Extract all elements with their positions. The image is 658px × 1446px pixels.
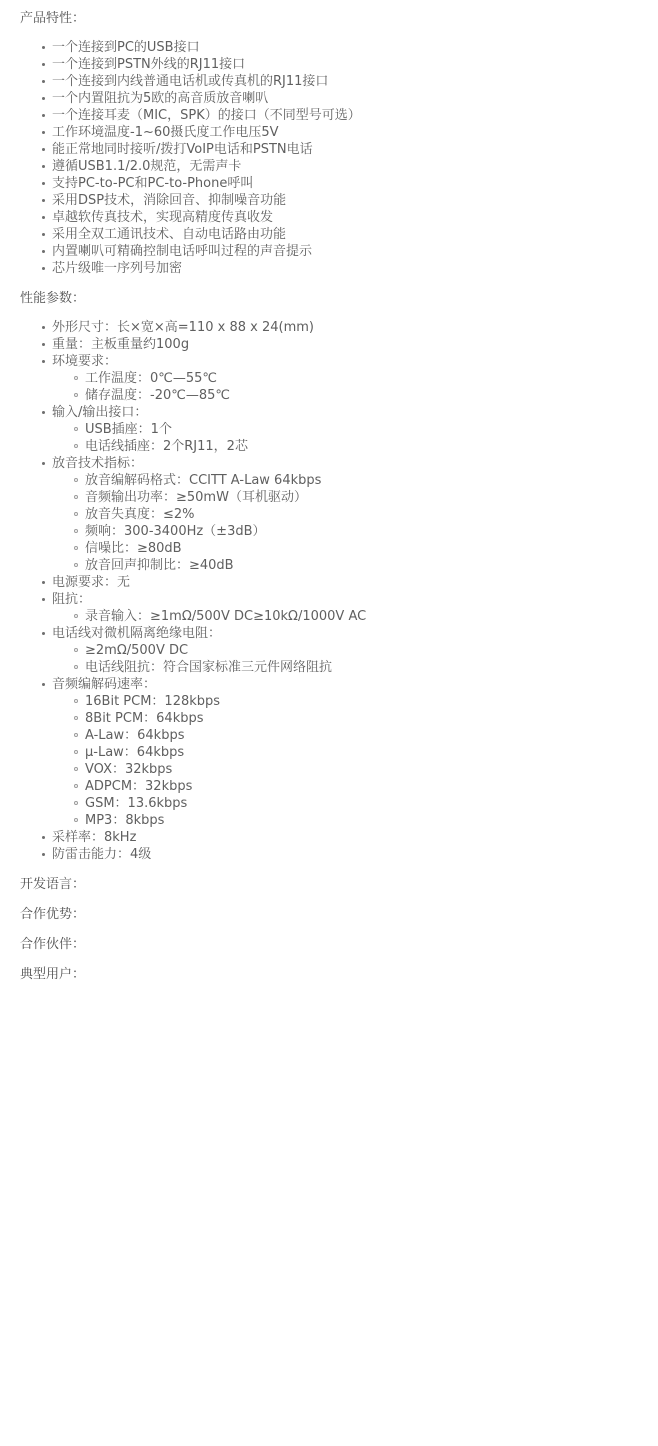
list-item: 放音回声抑制比：≥40dB — [20, 557, 646, 574]
list-item: 芯片级唯一序列号加密 — [20, 260, 646, 277]
bullet-icon — [74, 495, 78, 499]
bullet-icon — [74, 818, 78, 822]
bullet-icon — [42, 683, 45, 686]
bullet-icon — [42, 46, 45, 49]
typical-users-heading: 典型用户： — [20, 966, 646, 983]
bullet-icon — [42, 250, 45, 253]
list-item: 一个连接到PC的USB接口 — [20, 39, 646, 56]
bullet-icon — [42, 326, 45, 329]
list-item: 输入/输出接口： — [20, 404, 646, 421]
bullet-icon — [74, 801, 78, 805]
list-item-text: 电话线插座：2个RJ11，2芯 — [85, 439, 248, 454]
bullet-icon — [42, 97, 45, 100]
list-item-text: 支持PC-to-PC和PC-to-Phone呼叫 — [52, 176, 253, 191]
list-item: VOX：32kbps — [20, 761, 646, 778]
bullet-icon — [42, 462, 45, 465]
bullet-icon — [42, 267, 45, 270]
list-item-text: ADPCM：32kbps — [85, 779, 192, 794]
list-item-text: 放音失真度：≤2% — [85, 507, 195, 522]
list-item-text: 放音编解码格式：CCITT A-Law 64kbps — [85, 473, 321, 488]
bullet-icon — [42, 199, 45, 202]
list-item-text: 一个连接到PC的USB接口 — [52, 40, 200, 55]
bullet-icon — [42, 411, 45, 414]
list-item-text: 电话线阻抗：符合国家标准三元件网络阻抗 — [85, 660, 332, 675]
list-item-text: 工作环境温度-1~60摄氏度工作电压5V — [52, 125, 279, 140]
list-item: 一个连接到内线普通电话机或传真机的RJ11接口 — [20, 73, 646, 90]
list-item-text: 放音回声抑制比：≥40dB — [85, 558, 234, 573]
list-item: 录音输入：≥1mΩ/500V DC≥10kΩ/1000V AC — [20, 608, 646, 625]
list-item-text: 音频输出功率：≥50mW（耳机驱动） — [85, 490, 307, 505]
list-item-text: 16Bit PCM：128kbps — [85, 694, 220, 709]
performance-specs-list: 外形尺寸：长×宽×高=110 x 88 x 24(mm) 重量：主板重量约100… — [20, 319, 646, 863]
list-item-text: GSM：13.6kbps — [85, 796, 187, 811]
list-item: MP3：8kbps — [20, 812, 646, 829]
list-item: 电话线插座：2个RJ11，2芯 — [20, 438, 646, 455]
product-features-heading: 产品特性： — [20, 10, 646, 27]
list-item-text: 8Bit PCM：64kbps — [85, 711, 204, 726]
bullet-icon — [42, 343, 45, 346]
bullet-icon — [42, 360, 45, 363]
list-item: 采用DSP技术，消除回音、抑制噪音功能 — [20, 192, 646, 209]
bullet-icon — [74, 614, 78, 618]
coop-advantage-heading: 合作优势： — [20, 906, 646, 923]
coop-partner-heading: 合作伙伴： — [20, 936, 646, 953]
list-item-text: 输入/输出接口： — [52, 405, 147, 420]
list-item-text: 采用全双工通讯技术、自动电话路由功能 — [52, 227, 286, 242]
list-item: GSM：13.6kbps — [20, 795, 646, 812]
list-item: 放音编解码格式：CCITT A-Law 64kbps — [20, 472, 646, 489]
bullet-icon — [42, 216, 45, 219]
list-item: 重量：主板重量约100g — [20, 336, 646, 353]
list-item: 防雷击能力：4级 — [20, 846, 646, 863]
bullet-icon — [74, 716, 78, 720]
list-item: 频响：300-3400Hz（±3dB） — [20, 523, 646, 540]
bullet-icon — [74, 767, 78, 771]
list-item: 16Bit PCM：128kbps — [20, 693, 646, 710]
list-item-text: 防雷击能力：4级 — [52, 847, 151, 862]
list-item-text: 重量：主板重量约100g — [52, 337, 189, 352]
bullet-icon — [42, 80, 45, 83]
list-item-text: A-Law：64kbps — [85, 728, 185, 743]
section-coop-partner: 合作伙伴： — [20, 936, 646, 953]
bullet-icon — [74, 444, 78, 448]
bullet-icon — [74, 512, 78, 516]
bullet-icon — [42, 165, 45, 168]
list-item: 采样率：8kHz — [20, 829, 646, 846]
list-item-text: 频响：300-3400Hz（±3dB） — [85, 524, 266, 539]
list-item-text: 信噪比：≥80dB — [85, 541, 182, 556]
list-item-text: 一个连接耳麦（MIC，SPK）的接口（不同型号可选） — [52, 108, 361, 123]
list-item-text: 芯片级唯一序列号加密 — [52, 261, 182, 276]
list-item: 放音失真度：≤2% — [20, 506, 646, 523]
list-item: 信噪比：≥80dB — [20, 540, 646, 557]
list-item: 音频编解码速率： — [20, 676, 646, 693]
list-item: 阻抗： — [20, 591, 646, 608]
list-item: 8Bit PCM：64kbps — [20, 710, 646, 727]
list-item: μ-Law：64kbps — [20, 744, 646, 761]
list-item: 遵循USB1.1/2.0规范，无需声卡 — [20, 158, 646, 175]
list-item: 放音技术指标： — [20, 455, 646, 472]
list-item: 工作温度：0℃—55℃ — [20, 370, 646, 387]
list-item: 环境要求： — [20, 353, 646, 370]
list-item: 采用全双工通讯技术、自动电话路由功能 — [20, 226, 646, 243]
list-item-text: 工作温度：0℃—55℃ — [85, 371, 217, 386]
bullet-icon — [74, 784, 78, 788]
list-item: 一个内置阻抗为5欧的高音质放音喇叭 — [20, 90, 646, 107]
section-dev-language: 开发语言： — [20, 876, 646, 893]
bullet-icon — [74, 376, 78, 380]
list-item-text: 电话线对微机隔离绝缘电阻： — [52, 626, 221, 641]
list-item-text: ≥2mΩ/500V DC — [85, 643, 188, 658]
list-item: USB插座：1个 — [20, 421, 646, 438]
list-item: 卓越软传真技术，实现高精度传真收发 — [20, 209, 646, 226]
list-item: ADPCM：32kbps — [20, 778, 646, 795]
bullet-icon — [74, 529, 78, 533]
bullet-icon — [42, 853, 45, 856]
list-item: 音频输出功率：≥50mW（耳机驱动） — [20, 489, 646, 506]
list-item-text: μ-Law：64kbps — [85, 745, 184, 760]
list-item-text: 内置喇叭可精确控制电话呼叫过程的声音提示 — [52, 244, 312, 259]
list-item-text: 采样率：8kHz — [52, 830, 136, 845]
bullet-icon — [42, 598, 45, 601]
bullet-icon — [74, 665, 78, 669]
bullet-icon — [74, 427, 78, 431]
list-item-text: 一个内置阻抗为5欧的高音质放音喇叭 — [52, 91, 268, 106]
list-item: 工作环境温度-1~60摄氏度工作电压5V — [20, 124, 646, 141]
list-item: 外形尺寸：长×宽×高=110 x 88 x 24(mm) — [20, 319, 646, 336]
list-item-text: 采用DSP技术，消除回音、抑制噪音功能 — [52, 193, 286, 208]
bullet-icon — [42, 63, 45, 66]
bullet-icon — [42, 632, 45, 635]
bullet-icon — [42, 836, 45, 839]
list-item: 一个连接到PSTN外线的RJ11接口 — [20, 56, 646, 73]
dev-language-heading: 开发语言： — [20, 876, 646, 893]
bullet-icon — [74, 699, 78, 703]
section-typical-users: 典型用户： — [20, 966, 646, 983]
list-item: 电话线阻抗：符合国家标准三元件网络阻抗 — [20, 659, 646, 676]
list-item: ≥2mΩ/500V DC — [20, 642, 646, 659]
list-item-text: 卓越软传真技术，实现高精度传真收发 — [52, 210, 273, 225]
bullet-icon — [74, 733, 78, 737]
list-item: 支持PC-to-PC和PC-to-Phone呼叫 — [20, 175, 646, 192]
list-item-text: VOX：32kbps — [85, 762, 172, 777]
list-item-text: 一个连接到内线普通电话机或传真机的RJ11接口 — [52, 74, 328, 89]
bullet-icon — [74, 563, 78, 567]
list-item-text: 音频编解码速率： — [52, 677, 156, 692]
list-item: 储存温度：-20℃—85℃ — [20, 387, 646, 404]
list-item: 内置喇叭可精确控制电话呼叫过程的声音提示 — [20, 243, 646, 260]
list-item-text: 录音输入：≥1mΩ/500V DC≥10kΩ/1000V AC — [85, 609, 366, 624]
list-item: 电话线对微机隔离绝缘电阻： — [20, 625, 646, 642]
bullet-icon — [74, 546, 78, 550]
product-features-list: 一个连接到PC的USB接口 一个连接到PSTN外线的RJ11接口 一个连接到内线… — [20, 39, 646, 277]
bullet-icon — [42, 114, 45, 117]
bullet-icon — [74, 393, 78, 397]
list-item-text: 储存温度：-20℃—85℃ — [85, 388, 230, 403]
bullet-icon — [42, 131, 45, 134]
bullet-icon — [42, 233, 45, 236]
list-item: 电源要求：无 — [20, 574, 646, 591]
list-item: 能正常地同时接听/拨打VoIP电话和PSTN电话 — [20, 141, 646, 158]
list-item-text: 环境要求： — [52, 354, 117, 369]
list-item-text: MP3：8kbps — [85, 813, 164, 828]
bullet-icon — [74, 478, 78, 482]
list-item-text: 遵循USB1.1/2.0规范，无需声卡 — [52, 159, 241, 174]
bullet-icon — [42, 581, 45, 584]
performance-specs-heading: 性能参数： — [20, 290, 646, 307]
product-detail-page: 产品特性： 一个连接到PC的USB接口 一个连接到PSTN外线的RJ11接口 一… — [20, 10, 646, 983]
section-performance-specs: 性能参数： 外形尺寸：长×宽×高=110 x 88 x 24(mm) 重量：主板… — [20, 290, 646, 863]
list-item-text: 放音技术指标： — [52, 456, 143, 471]
list-item-text: 一个连接到PSTN外线的RJ11接口 — [52, 57, 245, 72]
section-product-features: 产品特性： 一个连接到PC的USB接口 一个连接到PSTN外线的RJ11接口 一… — [20, 10, 646, 277]
bullet-icon — [42, 148, 45, 151]
list-item-text: USB插座：1个 — [85, 422, 172, 437]
section-coop-advantage: 合作优势： — [20, 906, 646, 923]
list-item-text: 能正常地同时接听/拨打VoIP电话和PSTN电话 — [52, 142, 313, 157]
list-item-text: 外形尺寸：长×宽×高=110 x 88 x 24(mm) — [52, 320, 314, 335]
list-item-text: 电源要求：无 — [52, 575, 130, 590]
bullet-icon — [74, 648, 78, 652]
list-item-text: 阻抗： — [52, 592, 91, 607]
bullet-icon — [42, 182, 45, 185]
list-item: A-Law：64kbps — [20, 727, 646, 744]
list-item: 一个连接耳麦（MIC，SPK）的接口（不同型号可选） — [20, 107, 646, 124]
bullet-icon — [74, 750, 78, 754]
